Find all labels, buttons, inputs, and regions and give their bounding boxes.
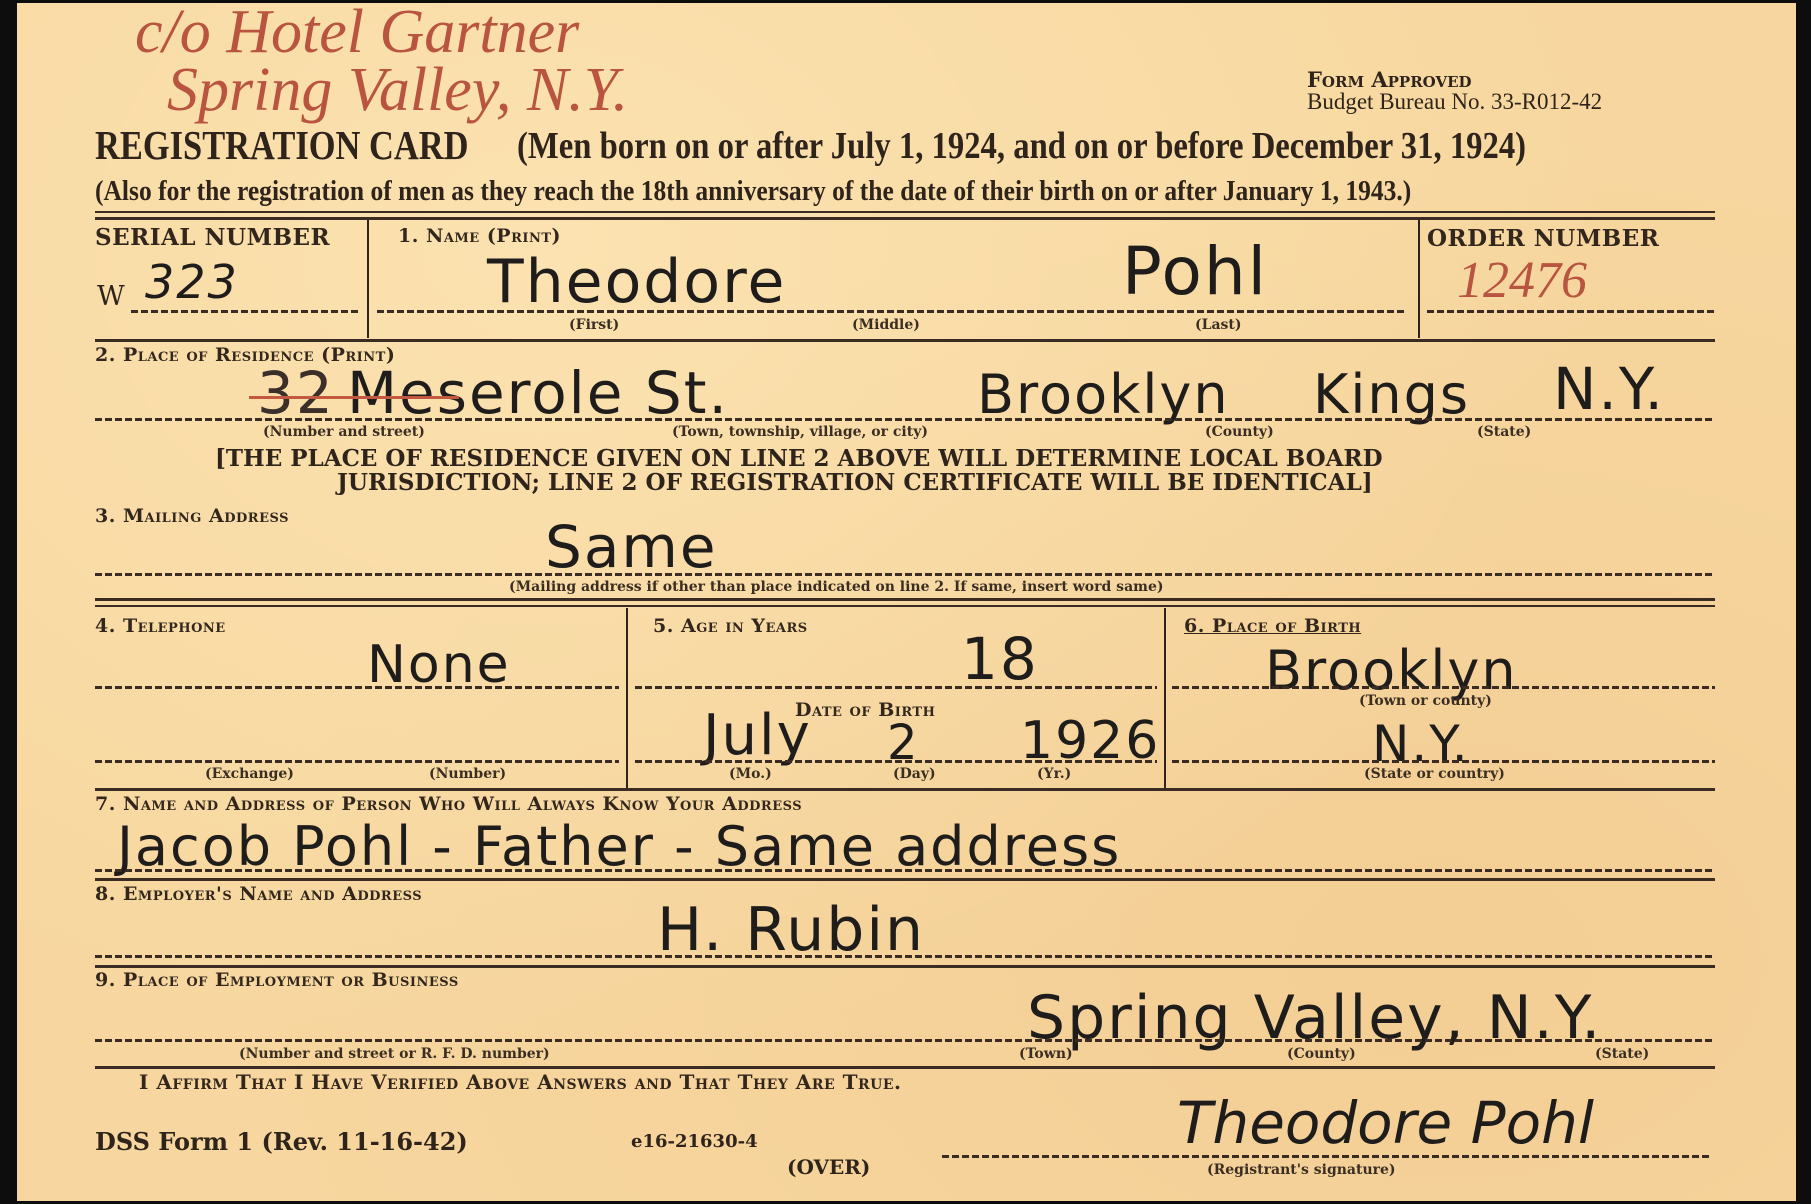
caption-first: (First) — [569, 317, 619, 333]
divider — [95, 217, 1715, 220]
over-label: (OVER) — [787, 1155, 870, 1179]
caption-employment-state: (State) — [1595, 1046, 1649, 1062]
caption-employment-town: (Town) — [1019, 1046, 1073, 1062]
divider — [95, 1066, 1715, 1069]
order-number-value: 12476 — [1457, 251, 1587, 310]
budget-bureau-number: Budget Bureau No. 33-R012-42 — [1307, 89, 1602, 115]
residence-notice-line-1: [THE PLACE OF RESIDENCE GIVEN ON LINE 2 … — [215, 445, 1383, 472]
divider — [95, 965, 1715, 968]
registrant-signature: Theodore Pohl — [1177, 1089, 1594, 1157]
signature-caption: (Registrant's signature) — [1207, 1162, 1396, 1178]
caption-last: (Last) — [1195, 317, 1242, 333]
signature-line — [942, 1155, 1712, 1158]
field-line — [635, 760, 1157, 763]
caption-number: (Number) — [429, 766, 506, 782]
divider — [95, 211, 1715, 213]
page-title: REGISTRATION CARD — [95, 121, 468, 169]
divider — [1418, 220, 1420, 338]
residence-street-struck: 32 — [257, 359, 335, 427]
caption-year: (Yr.) — [1037, 766, 1071, 782]
serial-prefix: W — [97, 281, 125, 312]
residence-state: N.Y. — [1553, 355, 1665, 423]
residence-county: Kings — [1313, 363, 1470, 426]
name-last: Pohl — [1122, 233, 1268, 310]
caption-town: (Town, township, village, or city) — [672, 424, 928, 440]
title-subtitle: (Men born on or after July 1, 1924, and … — [517, 124, 1526, 168]
caption-middle: (Middle) — [852, 317, 920, 333]
dob-month: July — [703, 703, 812, 768]
field-line — [95, 955, 1715, 958]
divider — [95, 598, 1715, 601]
residence-town: Brooklyn — [977, 363, 1230, 426]
subtitle: (Also for the registration of men as the… — [95, 175, 1411, 208]
caption-street-rfd: (Number and street or R. F. D. number) — [239, 1046, 550, 1062]
mailing-address-value: Same — [545, 513, 718, 581]
employer-label: 8. Employer's Name and Address — [95, 883, 422, 905]
residence-street: Meserole St. — [347, 359, 729, 427]
caption-employment-county: (County) — [1287, 1046, 1356, 1062]
field-line — [1172, 686, 1715, 689]
caption-street: (Number and street) — [263, 424, 425, 440]
affirmation-text: I Affirm That I Have Verified Above Answ… — [139, 1070, 901, 1094]
divider — [95, 878, 1715, 881]
field-line — [95, 686, 619, 689]
caption-town-or-county: (Town or county) — [1359, 693, 1492, 709]
birthplace-state: N.Y. — [1372, 715, 1470, 773]
serial-number-label: SERIAL NUMBER — [95, 224, 330, 251]
field-line — [95, 573, 1715, 576]
employment-place-value: Spring Valley, N.Y. — [1027, 983, 1602, 1053]
strikethrough — [249, 396, 459, 399]
divider — [95, 788, 1715, 791]
field-line — [131, 310, 359, 313]
divider — [95, 605, 1715, 607]
caption-exchange: (Exchange) — [205, 766, 294, 782]
annotation-line-2: Spring Valley, N.Y. — [167, 55, 628, 126]
name-first: Theodore — [487, 247, 786, 317]
field-line — [377, 310, 1407, 313]
field-line — [95, 1039, 1715, 1042]
age-value: 18 — [961, 625, 1039, 693]
form-id: DSS Form 1 (Rev. 11-16-42) — [95, 1127, 468, 1156]
registration-card: c/o Hotel Gartner Spring Valley, N.Y. Fo… — [17, 3, 1796, 1201]
divider — [626, 608, 628, 788]
contact-person-label: 7. Name and Address of Person Who Will A… — [95, 793, 802, 815]
name-label: 1. Name (Print) — [398, 225, 561, 247]
field-line — [1172, 760, 1715, 763]
telephone-label: 4. Telephone — [95, 615, 226, 637]
divider — [367, 220, 369, 338]
field-line — [95, 760, 619, 763]
age-label: 5. Age in Years — [653, 615, 808, 637]
divider — [95, 339, 1715, 342]
caption-day: (Day) — [893, 766, 936, 782]
field-line — [95, 869, 1715, 872]
divider — [1164, 608, 1166, 788]
field-line — [95, 418, 1715, 421]
field-line — [635, 686, 1157, 689]
serial-number-value: 323 — [145, 255, 239, 309]
caption-state-or-country: (State or country) — [1364, 766, 1505, 782]
print-code: e16-21630-4 — [631, 1131, 758, 1152]
birthplace-label: 6. Place of Birth — [1184, 615, 1361, 637]
caption-state: (State) — [1477, 424, 1531, 440]
employment-place-label: 9. Place of Employment or Business — [95, 969, 459, 991]
caption-month: (Mo.) — [729, 766, 772, 782]
field-line — [1427, 310, 1715, 313]
caption-county: (County) — [1205, 424, 1274, 440]
order-number-label: ORDER NUMBER — [1427, 225, 1659, 252]
mailing-address-label: 3. Mailing Address — [95, 505, 289, 527]
mailing-address-caption: (Mailing address if other than place ind… — [509, 579, 1163, 595]
residence-notice-line-2: JURISDICTION; LINE 2 OF REGISTRATION CER… — [337, 469, 1373, 496]
